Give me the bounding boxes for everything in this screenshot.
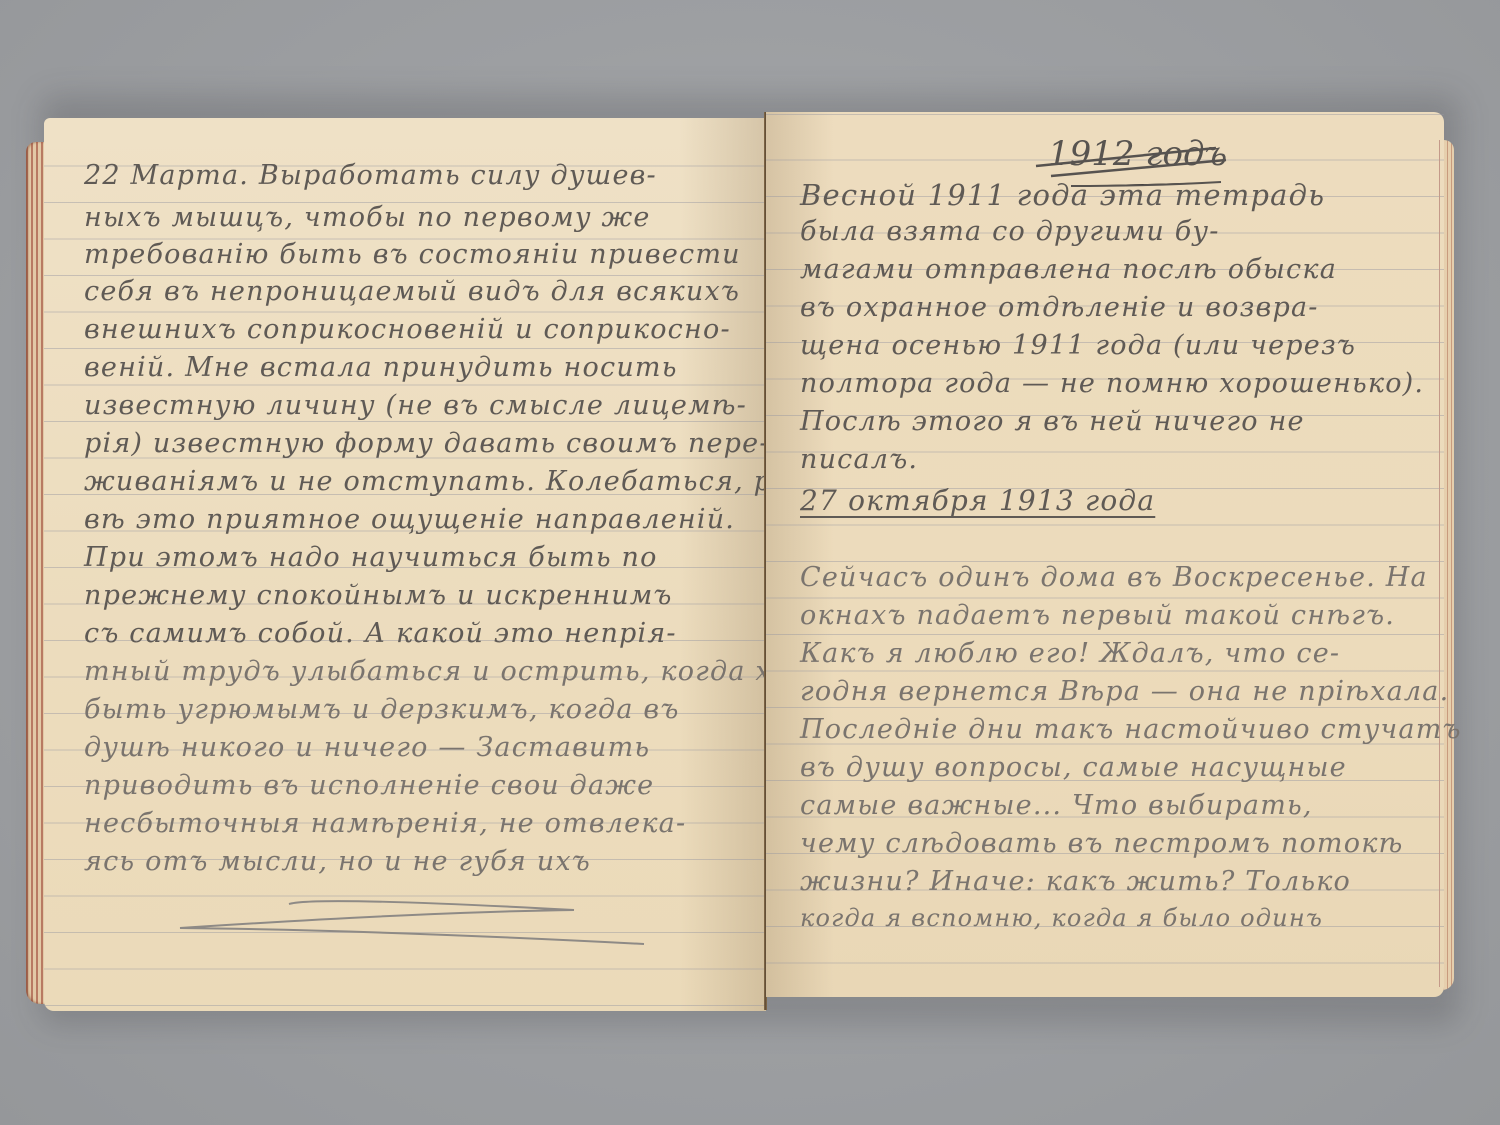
- handwritten-line: жизни? Иначе: какъ жить? Только: [800, 866, 1351, 897]
- handwritten-line: требованію быть въ состояніи привести: [84, 239, 741, 270]
- handwritten-line: Последніе дни такъ настойчиво стучатъ: [800, 714, 1462, 745]
- handwritten-line: Какъ я люблю его! Ждалъ, что се-: [800, 638, 1340, 669]
- handwritten-line: При этомъ надо научиться быть по: [84, 542, 658, 573]
- handwritten-line: приводить въ исполненіе свои даже: [84, 770, 654, 801]
- handwritten-line: рія) известную форму давать своимъ пере-: [84, 428, 770, 459]
- end-flourish-icon: [174, 888, 654, 948]
- handwritten-line: чему слѣдовать въ пестромъ потокѣ: [800, 828, 1404, 859]
- handwritten-line: самые важные... Что выбирать,: [800, 790, 1313, 821]
- entry-date-line: 22 Марта. Выработать силу душев-: [84, 160, 657, 191]
- handwritten-line: прежнему спокойнымъ и искреннимъ: [84, 580, 673, 611]
- handwritten-line: живаніямъ и не отступать. Колебаться, ра…: [84, 466, 816, 497]
- handwritten-line: магами отправлена послѣ обыска: [800, 254, 1337, 285]
- handwritten-line: Весной 1911 года эта тетрадь: [800, 178, 1325, 212]
- handwritten-line: была взята со другими бу-: [800, 216, 1220, 247]
- handwritten-line: известную личину (не въ смысле лицемѣ-: [84, 390, 747, 421]
- handwritten-line: себя въ непроницаемый видъ для всякихъ: [84, 276, 740, 307]
- handwritten-line: внешнихъ соприкосновеній и сопри­косно-: [84, 314, 731, 345]
- handwritten-line: быть угрюмымъ и дерзкимъ, когда въ: [84, 694, 680, 725]
- entry-date-heading: 27 октября 1913 года: [800, 484, 1155, 517]
- handwritten-line: щена осенью 1911 года (или черезъ: [800, 330, 1356, 361]
- handwritten-line: въ охранное отдѣленіе и возвра-: [800, 292, 1319, 323]
- handwritten-line: окнахъ падаетъ первый такой снѣгъ.: [800, 600, 1395, 631]
- page-margin-line: [1439, 140, 1440, 987]
- handwritten-line: Послѣ этого я въ ней ничего не: [800, 406, 1305, 437]
- handwritten-line: въ душу вопросы, самые насущные: [800, 752, 1347, 783]
- handwritten-line: вѣ это приятное ощущеніе направленій.: [84, 504, 735, 535]
- handwritten-line: годня вернется Вѣра — она не пріѣхала.: [800, 676, 1449, 707]
- right-page: 1912 годъ Весной 1911 года эта тетрадь б…: [766, 112, 1444, 997]
- handwritten-line: несбыточныя намѣренія, не отвлека-: [84, 808, 686, 839]
- handwritten-line: ныхъ мышцъ, чтобы по первому же: [84, 202, 651, 233]
- handwritten-line: ясь отъ мысли, но и не губя ихъ: [84, 846, 591, 877]
- left-page: 22 Марта. Выработать силу душев- ныхъ мы…: [44, 118, 766, 1011]
- handwritten-line: писалъ.: [800, 444, 918, 475]
- handwritten-line: полтора года — не помню хорошенько).: [800, 368, 1424, 399]
- handwritten-line: веній. Мне вс­тала принудить носить: [84, 352, 678, 383]
- handwritten-line: Сейчасъ одинъ дома въ Воскресенье. На: [800, 562, 1428, 593]
- handwritten-line: съ самимъ собой. А какой это непрія-: [84, 618, 677, 649]
- handwritten-line: когда я вспомню, когда я было одинъ: [800, 904, 1323, 932]
- handwritten-line: душѣ никого и ничего — Заставить: [84, 732, 650, 763]
